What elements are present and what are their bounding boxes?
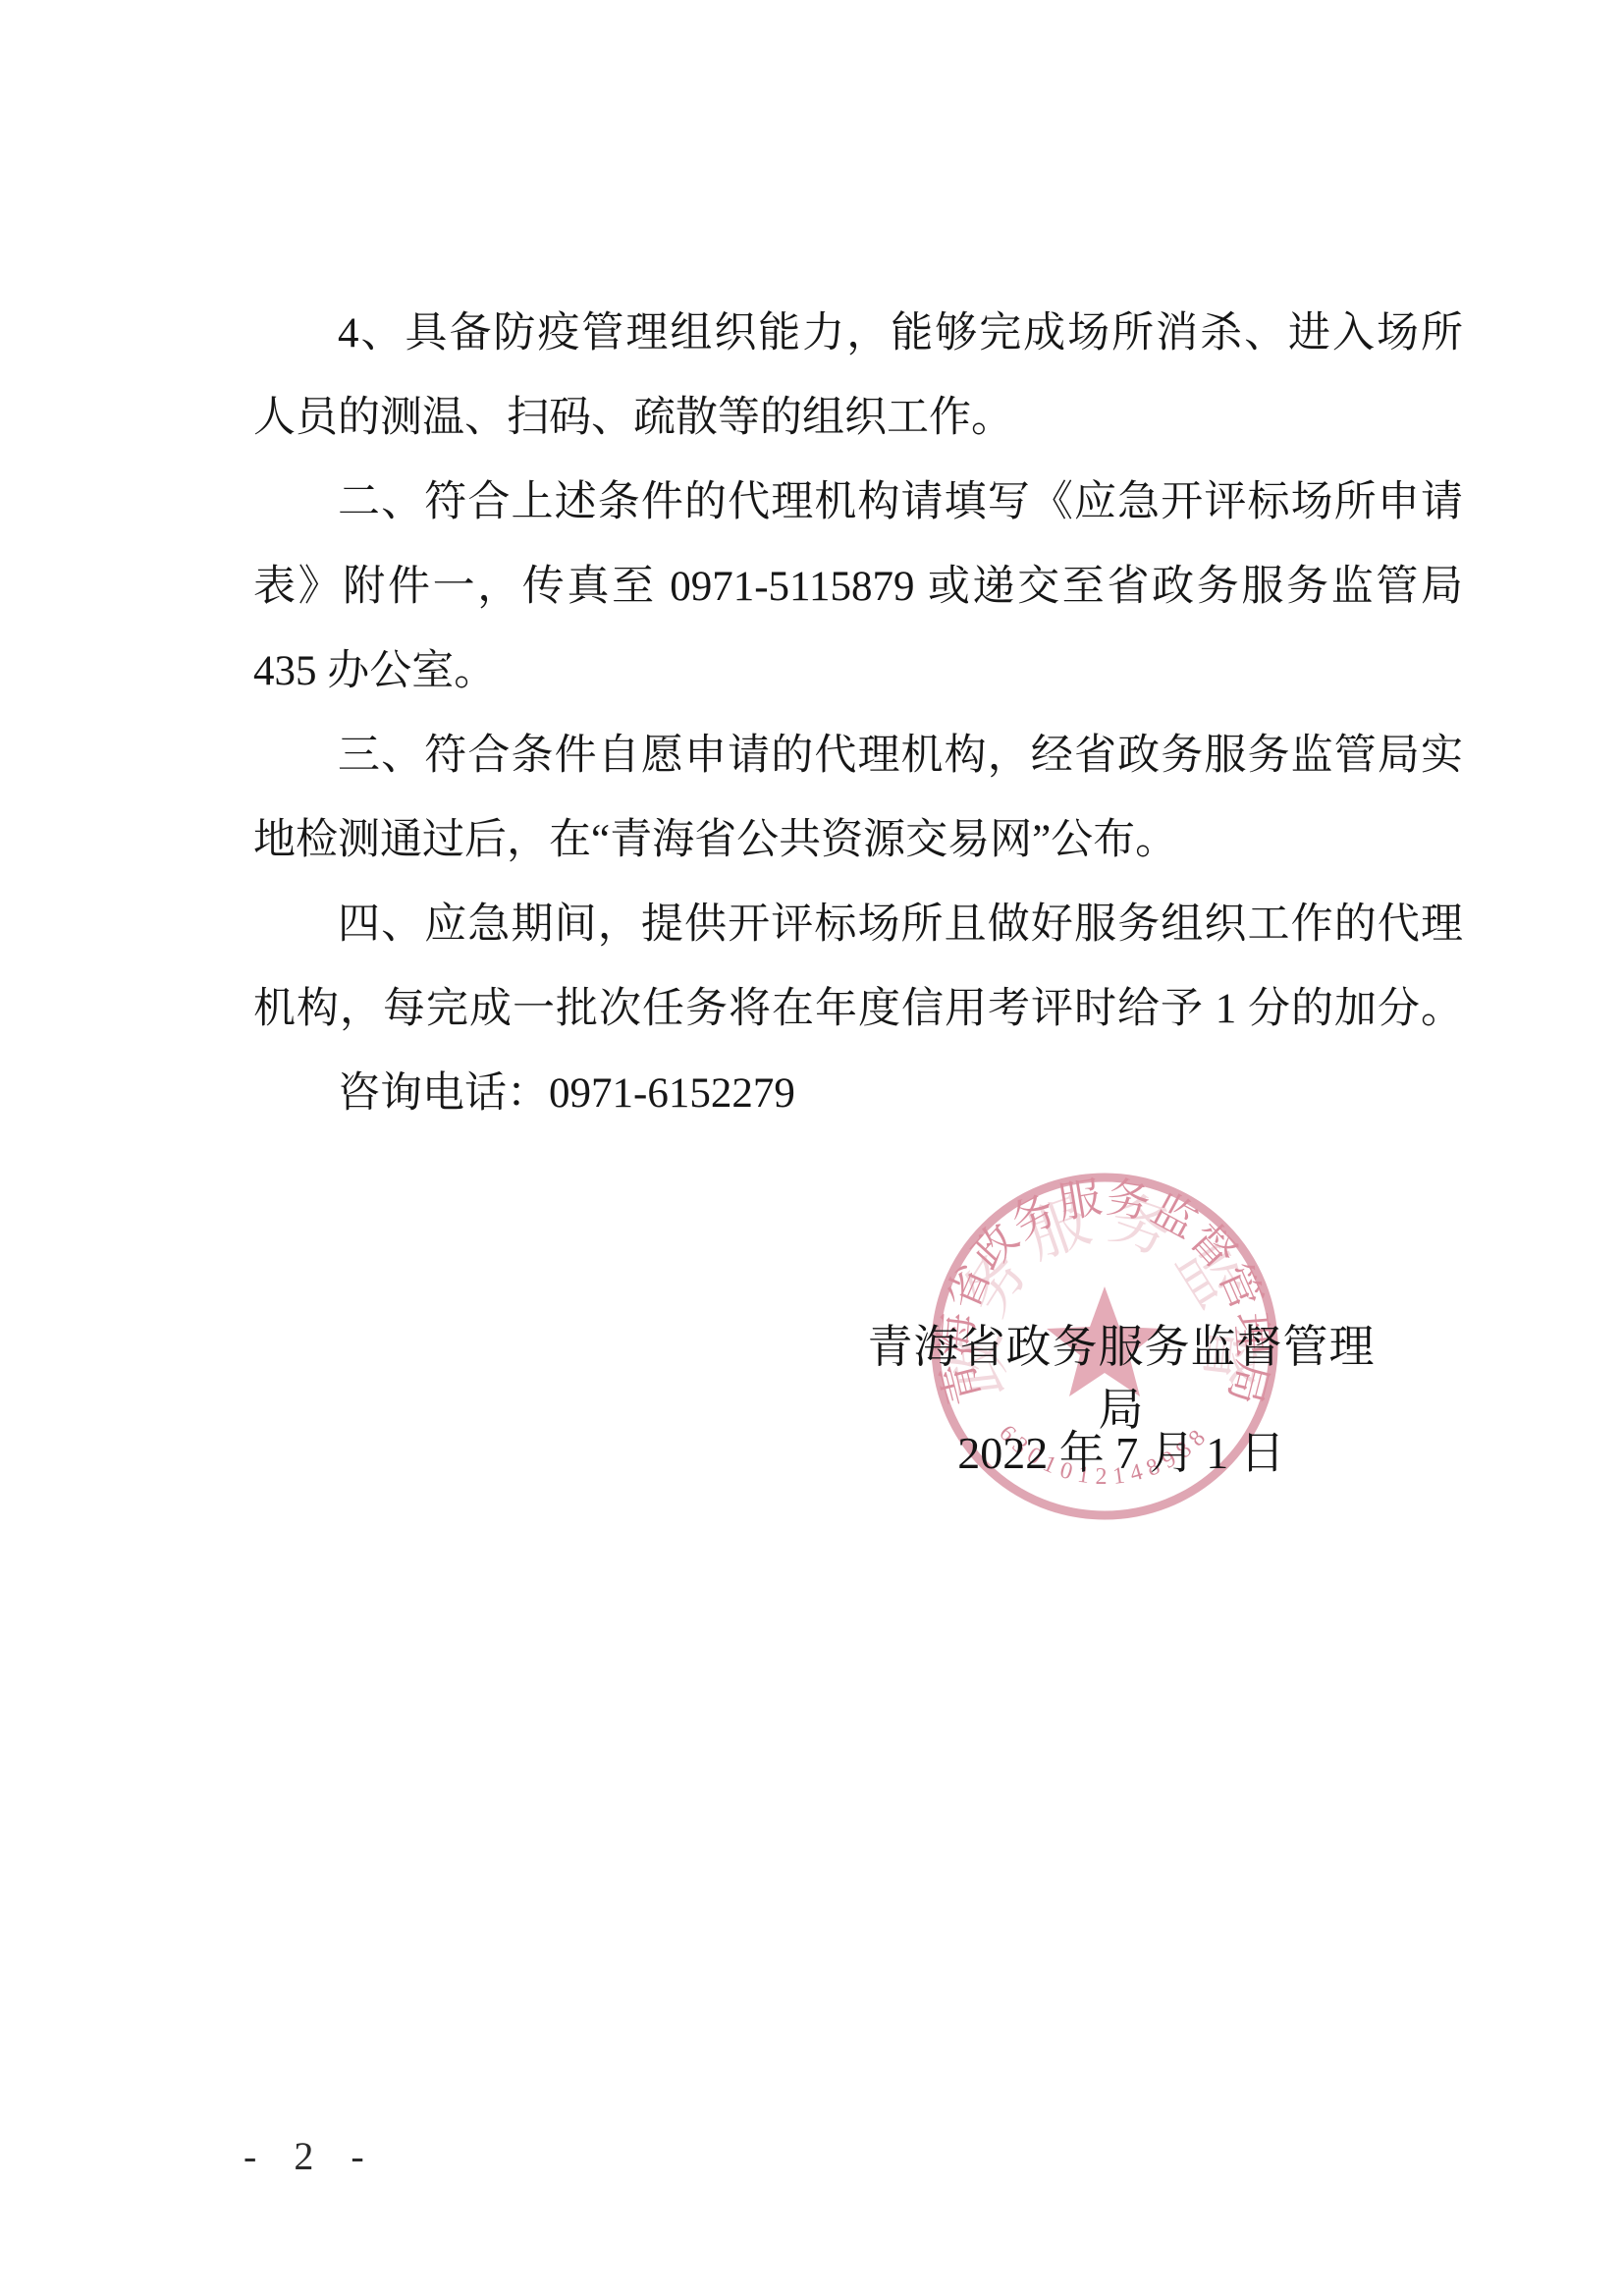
body-line: 表》附件一，传真至 0971-5115879 或递交至省政务服务监管局 [253, 545, 1463, 629]
body-line: 二、符合上述条件的代理机构请填写《应急开评标场所申请 [253, 461, 1463, 545]
page-number: - 2 - [243, 2133, 378, 2179]
document-page: 4、具备防疫管理组织能力，能够完成场所消杀、进入场所 人员的测温、扫码、疏散等的… [0, 0, 1623, 2296]
body-line: 四、应急期间，提供开评标场所且做好服务组织工作的代理 [253, 883, 1463, 967]
body-line: 地检测通过后，在“青海省公共资源交易网”公布。 [253, 798, 1463, 883]
body-line: 人员的测温、扫码、疏散等的组织工作。 [253, 376, 1463, 461]
body-line: 三、符合条件自愿申请的代理机构，经省政务服务监管局实 [253, 714, 1463, 798]
body-line: 咨询电话：0971-6152279 [253, 1052, 1463, 1136]
body-line: 435 办公室。 [253, 629, 1463, 714]
body-line: 4、具备防疫管理组织能力，能够完成场所消杀、进入场所 [253, 292, 1463, 376]
signature-date: 2022 年 7 月 1 日 [852, 1422, 1390, 1485]
body-line: 机构，每完成一批次任务将在年度信用考评时给予 1 分的加分。 [253, 967, 1463, 1052]
document-body: 4、具备防疫管理组织能力，能够完成场所消杀、进入场所 人员的测温、扫码、疏散等的… [253, 292, 1463, 1136]
